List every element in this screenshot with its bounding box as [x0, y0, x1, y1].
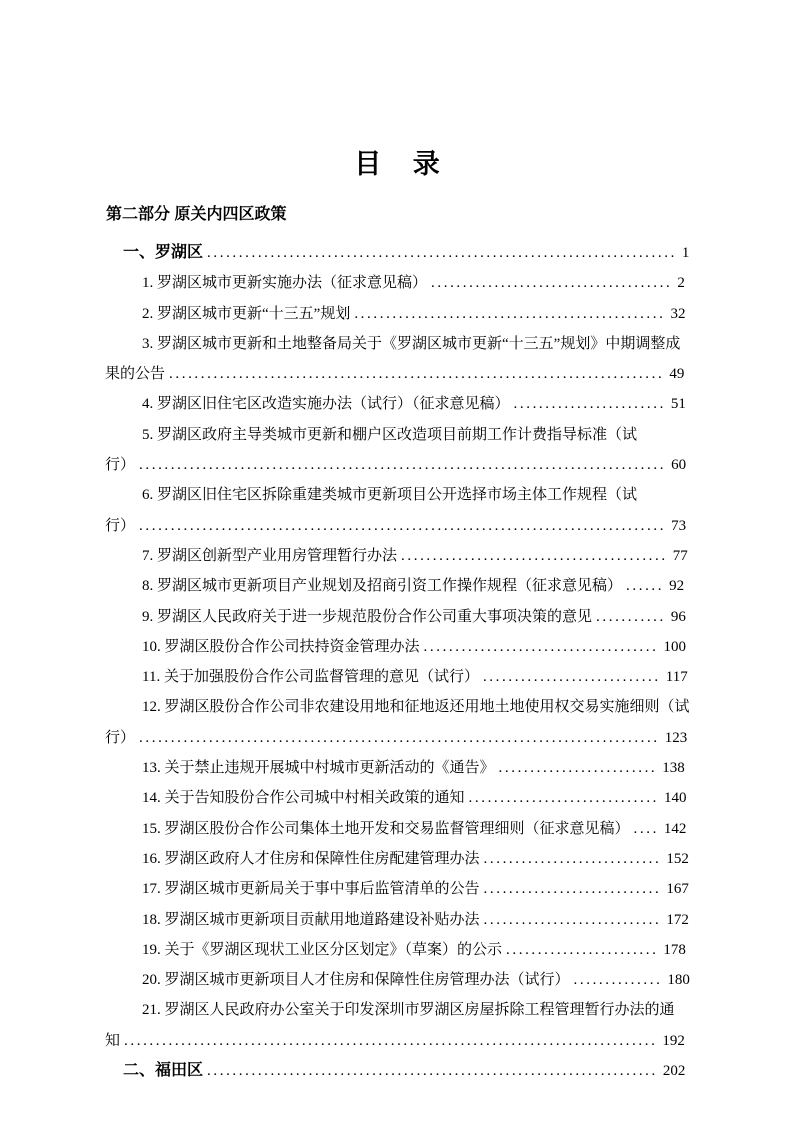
toc-leader-dots: ........................................…	[120, 1033, 657, 1049]
section-heading: 第二部分 原关内四区政策	[106, 203, 690, 226]
toc-leader-dots: ........................	[510, 396, 666, 412]
toc-page-number: 51	[666, 396, 686, 412]
toc-item-entry[interactable]: 8. 罗湖区城市更新项目产业规划及招商引资工作操作规程（征求意见稿）......…	[105, 571, 690, 601]
toc-leader-dots: .....................................	[420, 639, 659, 655]
toc-entry-title: 20. 罗湖区城市更新项目人才住房和保障性住房管理办法（试行）	[142, 972, 570, 988]
toc-leader-dots: ........................................…	[203, 1063, 658, 1079]
toc-leader-dots: ........................................…	[135, 518, 666, 534]
toc-entry-title: 一、罗湖区	[123, 244, 203, 261]
toc-item-entry[interactable]: 21. 罗湖区人民政府办公室关于印发深圳市罗湖区房屋拆除工程管理暂行办法的通知.…	[105, 995, 690, 1056]
toc-entry-title: 19. 关于《罗湖区现状工业区分区划定》（草案）的公示	[142, 942, 502, 958]
toc-page-number: 117	[661, 669, 688, 685]
toc-page-number: 1	[677, 245, 690, 261]
toc-item-entry[interactable]: 12. 罗湖区股份合作公司非农建设用地和征地返还用地土地使用权交易实施细则（试行…	[105, 692, 690, 753]
toc-item-entry[interactable]: 19. 关于《罗湖区现状工业区分区划定》（草案）的公示.............…	[105, 935, 690, 965]
toc-leader-dots: ......	[622, 578, 664, 594]
toc-item-entry[interactable]: 6. 罗湖区旧住宅区拆除重建类城市更新项目公开选择市场主体工作规程（试行）...…	[105, 480, 690, 541]
toc-leader-dots: ............................	[480, 912, 662, 928]
toc-section-entry[interactable]: 一、罗湖区...................................…	[105, 238, 690, 268]
toc-leader-dots: ........................................…	[135, 730, 660, 746]
toc-page-number: 172	[661, 912, 689, 928]
toc-page-number: 202	[658, 1063, 686, 1079]
toc-page-number: 140	[659, 790, 687, 806]
toc-leader-dots: ........................................…	[397, 548, 668, 564]
toc-leader-dots: .........................	[495, 760, 658, 776]
toc-leader-dots: ............................	[480, 851, 662, 867]
toc-item-entry[interactable]: 7. 罗湖区创新型产业用房管理暂行办法.....................…	[105, 541, 690, 571]
toc-page-number: 178	[658, 942, 686, 958]
toc-entry-title: 2. 罗湖区城市更新“十三五”规划	[142, 306, 350, 322]
toc-item-entry[interactable]: 13. 关于禁止违规开展城中村城市更新活动的《通告》..............…	[105, 753, 690, 783]
toc-page-number: 2	[672, 275, 685, 291]
toc-entry-title: 16. 罗湖区政府人才住房和保障性住房配建管理办法	[142, 851, 480, 867]
toc-leader-dots: ...........	[592, 609, 666, 625]
document-page: 目 录 第二部分 原关内四区政策 一、罗湖区..................…	[0, 0, 793, 1121]
toc-page-number: 138	[657, 760, 685, 776]
toc-entry-title: 二、福田区	[123, 1062, 203, 1079]
toc-item-entry[interactable]: 1. 罗湖区城市更新实施办法（征求意见稿）...................…	[105, 268, 690, 298]
toc-item-entry[interactable]: 9. 罗湖区人民政府关于进一步规范股份合作公司重大事项决策的意见........…	[105, 602, 690, 632]
toc-item-entry[interactable]: 11. 关于加强股份合作公司监督管理的意见（试行）...............…	[105, 662, 690, 692]
toc-leader-dots: ........................................…	[350, 306, 665, 322]
toc-item-entry[interactable]: 16. 罗湖区政府人才住房和保障性住房配建管理办法...............…	[105, 844, 690, 874]
toc-entry-title: 8. 罗湖区城市更新项目产业规划及招商引资工作操作规程（征求意见稿）	[142, 578, 622, 594]
toc-item-entry[interactable]: 2. 罗湖区城市更新“十三五”规划.......................…	[105, 299, 690, 329]
toc-page-number: 100	[658, 639, 686, 655]
toc-entry-title: 18. 罗湖区城市更新项目贡献用地道路建设补贴办法	[142, 912, 480, 928]
page-title: 目 录	[105, 146, 690, 183]
toc-entry-title: 9. 罗湖区人民政府关于进一步规范股份合作公司重大事项决策的意见	[142, 609, 592, 625]
toc-page-number: 77	[668, 548, 688, 564]
toc-entry-title: 17. 罗湖区城市更新局关于事中事后监管清单的公告	[142, 881, 480, 897]
toc-page-number: 92	[664, 578, 684, 594]
toc-item-entry[interactable]: 20. 罗湖区城市更新项目人才住房和保障性住房管理办法（试行）.........…	[105, 965, 690, 995]
toc-leader-dots: ....	[630, 821, 659, 837]
toc-entry-title: 4. 罗湖区旧住宅区改造实施办法（试行）（征求意见稿）	[142, 396, 510, 412]
toc-item-entry[interactable]: 4. 罗湖区旧住宅区改造实施办法（试行）（征求意见稿）.............…	[105, 389, 690, 419]
toc-page-number: 152	[661, 851, 689, 867]
toc-list: 一、罗湖区...................................…	[105, 238, 690, 1086]
toc-leader-dots: ..............	[570, 972, 663, 988]
toc-leader-dots: ..............................	[465, 790, 660, 806]
toc-item-entry[interactable]: 17. 罗湖区城市更新局关于事中事后监管清单的公告...............…	[105, 874, 690, 904]
toc-page-number: 192	[657, 1033, 685, 1049]
toc-leader-dots: ............................	[479, 669, 661, 685]
toc-page-number: 142	[659, 821, 687, 837]
toc-item-entry[interactable]: 3. 罗湖区城市更新和土地整备局关于《罗湖区城市更新“十三五”规划》中期调整成果…	[105, 329, 690, 390]
toc-leader-dots: ........................................…	[165, 366, 664, 382]
toc-leader-dots: ......................................	[427, 275, 672, 291]
toc-page-number: 73	[666, 518, 686, 534]
toc-page-number: 123	[660, 730, 688, 746]
toc-entry-title: 1. 罗湖区城市更新实施办法（征求意见稿）	[142, 275, 427, 291]
toc-page-number: 180	[662, 972, 690, 988]
toc-item-entry[interactable]: 15. 罗湖区股份合作公司集体土地开发和交易监督管理细则（征求意见稿）....1…	[105, 814, 690, 844]
toc-entry-title: 14. 关于告知股份合作公司城中村相关政策的通知	[142, 790, 465, 806]
toc-section-entry[interactable]: 二、福田区...................................…	[105, 1056, 690, 1086]
toc-page-number: 32	[665, 306, 685, 322]
toc-leader-dots: ........................................…	[203, 245, 677, 261]
toc-item-entry[interactable]: 18. 罗湖区城市更新项目贡献用地道路建设补贴办法...............…	[105, 905, 690, 935]
toc-entry-title: 10. 罗湖区股份合作公司扶持资金管理办法	[142, 639, 420, 655]
toc-page-number: 49	[664, 366, 684, 382]
toc-entry-title: 11. 关于加强股份合作公司监督管理的意见（试行）	[142, 669, 479, 685]
toc-page-number: 96	[666, 609, 686, 625]
toc-item-entry[interactable]: 10. 罗湖区股份合作公司扶持资金管理办法...................…	[105, 632, 690, 662]
toc-entry-title: 15. 罗湖区股份合作公司集体土地开发和交易监督管理细则（征求意见稿）	[142, 821, 630, 837]
toc-page-number: 60	[666, 457, 686, 473]
toc-leader-dots: ........................................…	[135, 457, 666, 473]
toc-item-entry[interactable]: 14. 关于告知股份合作公司城中村相关政策的通知................…	[105, 783, 690, 813]
toc-leader-dots: ............................	[480, 881, 662, 897]
toc-leader-dots: ........................	[502, 942, 658, 958]
toc-item-entry[interactable]: 5. 罗湖区政府主导类城市更新和棚户区改造项目前期工作计费指导标准（试行）...…	[105, 420, 690, 481]
toc-page-number: 167	[661, 881, 689, 897]
toc-entry-title: 7. 罗湖区创新型产业用房管理暂行办法	[142, 548, 397, 564]
toc-entry-title: 13. 关于禁止违规开展城中村城市更新活动的《通告》	[142, 760, 495, 776]
